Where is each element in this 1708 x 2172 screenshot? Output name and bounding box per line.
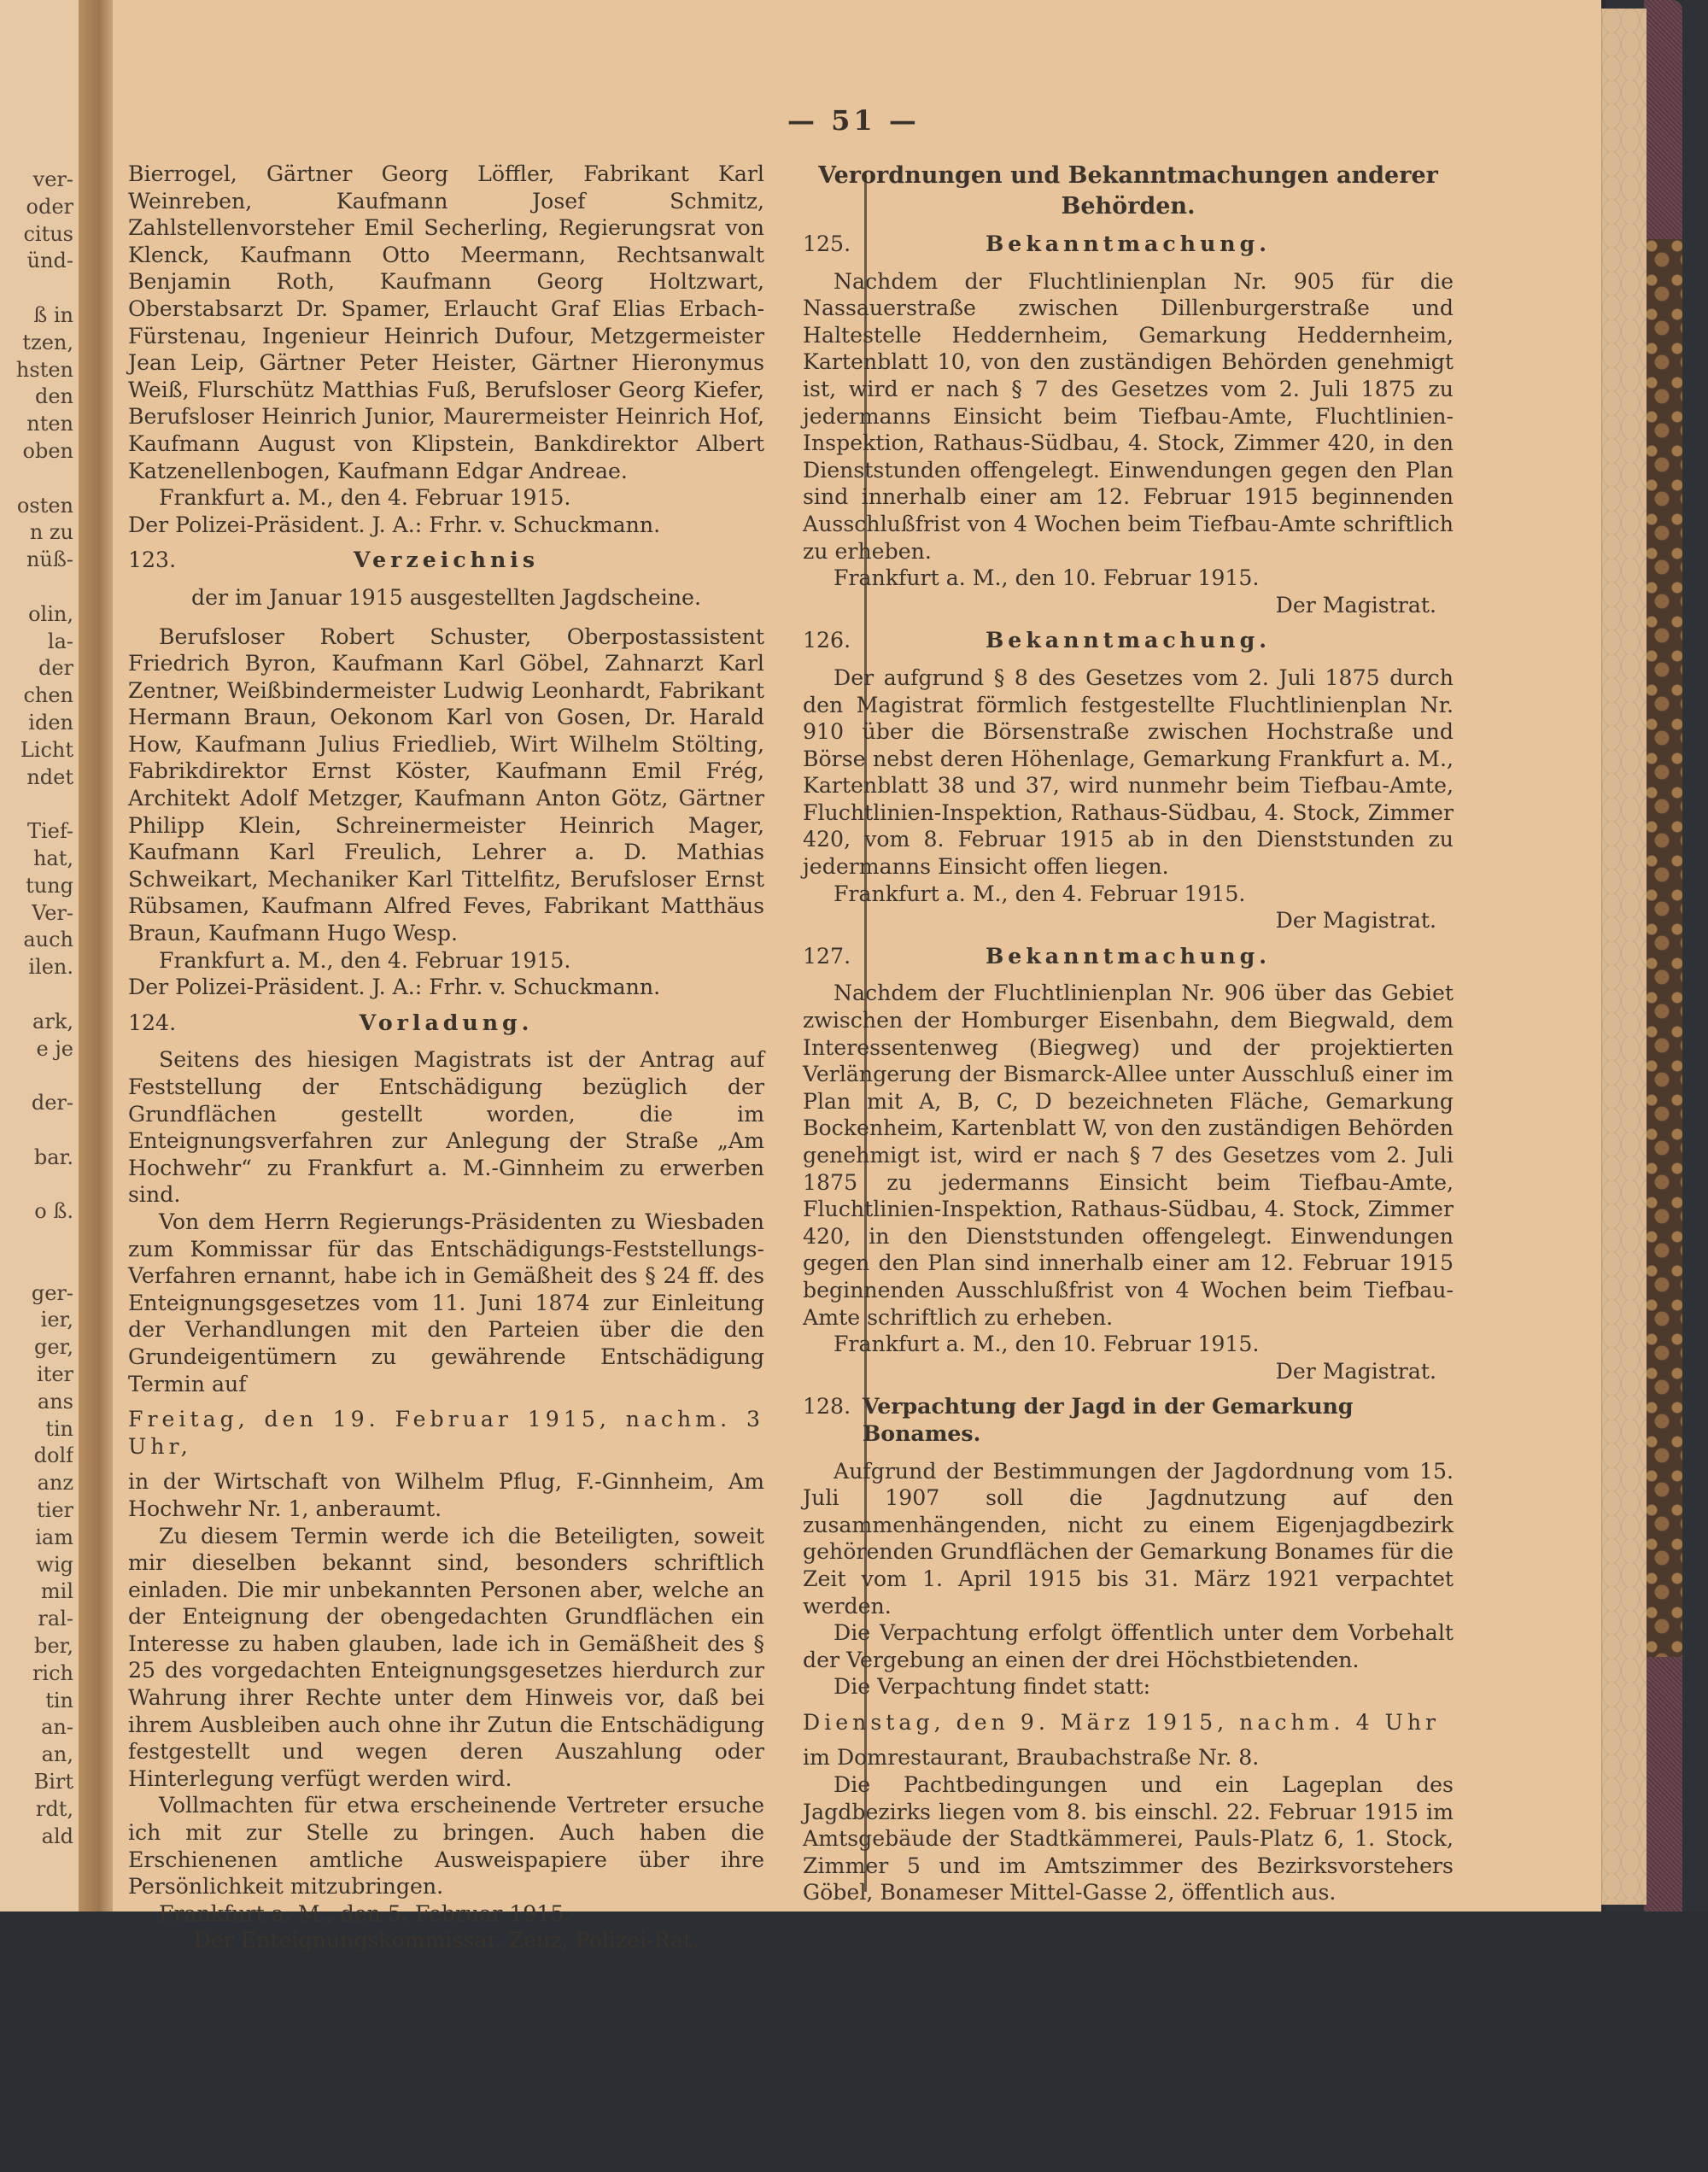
notice-paragraph: Die Pachtbedingungen und ein Lageplan de…	[803, 1771, 1454, 1906]
notice-number: 125.	[803, 231, 897, 258]
list-continuation: Bierrogel, Gärtner Georg Löffler, Fabrik…	[128, 161, 764, 484]
right-column: Verordnungen und Bekanntmachungen andere…	[803, 161, 1454, 1906]
document-page: — 51 — Bierrogel, Gärtner Georg Löffler,…	[113, 0, 1601, 1911]
notice-body: Nachdem der Fluchtlinienplan Nr. 906 übe…	[803, 980, 1454, 1331]
notice-124-header: 124. Vorladung.	[128, 1010, 764, 1037]
notice-paragraph: Die Verpachtung findet statt:	[803, 1673, 1454, 1701]
signature: Der Enteignungskommissar. Zeuz, Polizei-…	[128, 1927, 764, 1954]
notice-number: 128.	[803, 1393, 863, 1420]
signature: Der Polizei-Präsident. J. A.: Frhr. v. S…	[128, 512, 764, 539]
notice-number: 124.	[128, 1010, 222, 1037]
notice-paragraph: Die Verpachtung erfolgt öffentlich unter…	[803, 1619, 1454, 1673]
notice-number: 127.	[803, 943, 897, 970]
notice-body: Nachdem der Fluchtlinienplan Nr. 905 für…	[803, 268, 1454, 565]
notice-126-header: 126. Bekanntmachung.	[803, 627, 1454, 654]
notice-title: Bekanntmachung.	[897, 943, 1454, 970]
section-title: Verordnungen und Bekanntmachungen andere…	[803, 161, 1454, 222]
notice-128-header: 128. Verpachtung der Jagd in der Gemarku…	[803, 1393, 1454, 1447]
notice-123-header: 123. Verzeichnis	[128, 547, 764, 574]
auction-date: Dienstag, den 9. März 1915, nachm. 4 Uhr	[803, 1709, 1454, 1736]
notice-paragraph: in der Wirtschaft von Wilhelm Pflug, F.-…	[128, 1468, 764, 1522]
date-line: Frankfurt a. M., den 4. Februar 1915.	[128, 947, 764, 975]
date-line: Frankfurt a. M., den 10. Februar 1915.	[803, 1331, 1454, 1358]
previous-page-text-fragments: ver- oder citus ünd- ß in tzen, hsten de…	[0, 167, 73, 1850]
notice-paragraph: Seitens des hiesigen Magistrats ist der …	[128, 1046, 764, 1209]
notice-127-header: 127. Bekanntmachung.	[803, 943, 1454, 970]
notice-title: Vorladung.	[222, 1010, 764, 1037]
notice-title: Bekanntmachung.	[897, 627, 1454, 654]
notice-number: 126.	[803, 627, 897, 654]
date-line: Frankfurt a. M., den 5. Februar 1915.	[128, 1900, 764, 1928]
notice-paragraph: Zu diesem Termin werde ich die Beteiligt…	[128, 1523, 764, 1793]
marbled-endpaper	[1601, 9, 1647, 1905]
notice-subtitle: der im Januar 1915 ausgestellten Jagdsch…	[128, 584, 764, 612]
signature: Der Magistrat.	[803, 907, 1454, 934]
notice-body: Berufsloser Robert Schuster, Oberpostass…	[128, 623, 764, 947]
notice-title: Verzeichnis	[222, 547, 764, 574]
signature: Der Magistrat.	[803, 592, 1454, 619]
notice-paragraph: Vollmachten für etwa erscheinende Vertre…	[128, 1792, 764, 1900]
previous-page-edge: ver- oder citus ünd- ß in tzen, hsten de…	[0, 0, 79, 1911]
signature: Der Polizei-Präsident. J. A.: Frhr. v. S…	[128, 974, 764, 1001]
notice-125-header: 125. Bekanntmachung.	[803, 231, 1454, 258]
notice-title: Verpachtung der Jagd in der Gemarkung Bo…	[863, 1393, 1454, 1447]
notice-paragraph: Aufgrund der Bestimmungen der Jagdordnun…	[803, 1458, 1454, 1620]
left-column: Bierrogel, Gärtner Georg Löffler, Fabrik…	[128, 161, 764, 1954]
date-line: Frankfurt a. M., den 4. Februar 1915.	[128, 484, 764, 512]
signature: Der Magistrat.	[803, 1358, 1454, 1385]
date-line: Frankfurt a. M., den 4. Februar 1915.	[803, 881, 1454, 908]
page-number: — 51 —	[787, 104, 920, 137]
notice-number: 123.	[128, 547, 222, 574]
auction-location: im Domrestaurant, Braubachstraße Nr. 8.	[803, 1744, 1454, 1771]
notice-paragraph: Von dem Herrn Regierungs-Präsidenten zu …	[128, 1209, 764, 1397]
notice-title: Bekanntmachung.	[897, 231, 1454, 258]
notice-body: Der aufgrund § 8 des Gesetzes vom 2. Jul…	[803, 664, 1454, 881]
date-line: Frankfurt a. M., den 10. Februar 1915.	[803, 565, 1454, 592]
book-leather-spine	[1644, 239, 1682, 1657]
hearing-date: Freitag, den 19. Februar 1915, nachm. 3 …	[128, 1406, 764, 1460]
marble-pattern	[1602, 9, 1647, 1905]
page-gutter	[79, 0, 113, 1911]
